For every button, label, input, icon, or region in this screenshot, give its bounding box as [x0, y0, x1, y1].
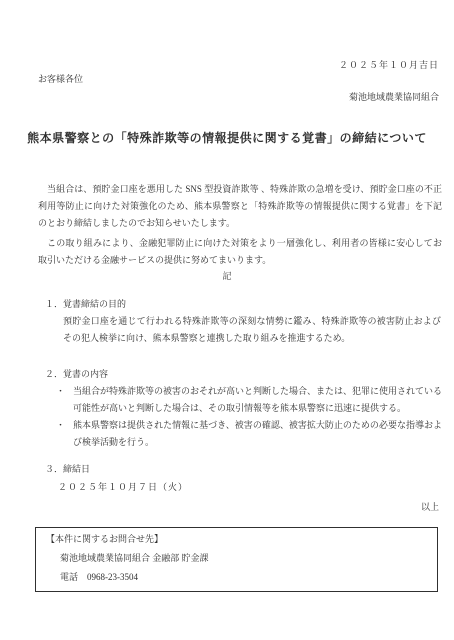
section-2-heading: ２．覚書の内容 [45, 366, 108, 383]
bullet-marker: ・ [56, 383, 73, 417]
contact-phone: 電話 0968-23-3504 [60, 569, 427, 586]
contact-organization: 菊池地域農業協同組合 金融部 貯金課 [60, 550, 427, 567]
addressee: お客様各位 [38, 71, 83, 88]
section-3-heading: ３．締結日 [45, 461, 90, 478]
section-1-body: 預貯金口座を通じて行われる特殊詐欺等の深刻な情勢に鑑み、特殊詐欺等の被害防止およ… [63, 313, 441, 347]
section-2-bullet-2: ・ 熊本県警察は提供された情報に基づき、被害の確認、被害拡大防止のための必要な指… [56, 417, 442, 451]
body-paragraph-1: 当組合は、預貯金口座を悪用した SNS 型投資詐欺等 、特殊詐欺の急増を受け、預… [38, 181, 442, 232]
contact-box: 【本件に関するお問合せ先】 菊池地域農業協同組合 金融部 貯金課 電話 0968… [35, 527, 438, 592]
document-date: ２０２５年１０月吉日 [339, 57, 439, 74]
document-page: ２０２５年１０月吉日 お客様各位 菊池地域農業協同組合 熊本県警察との「特殊詐欺… [0, 0, 454, 640]
section-3-date: ２０２５年１０月７日（火） [58, 479, 188, 496]
bullet-marker: ・ [56, 417, 73, 451]
section-1-heading: １．覚書締結の目的 [45, 296, 126, 313]
closing-marker: 以上 [421, 499, 439, 516]
document-title: 熊本県警察との「特殊詐欺等の情報提供に関する覚書」の締結について [0, 130, 454, 147]
bullet-text: 熊本県警察は提供された情報に基づき、被害の確認、被害拡大防止のための必要な指導お… [73, 417, 442, 451]
contact-box-heading: 【本件に関するお問合せ先】 [46, 531, 427, 548]
body-paragraph-2: この取り組みにより、金融犯罪防止に向けた対策をより一層強化し、利用者の皆様に安心… [38, 235, 442, 269]
organization-name: 菊池地域農業協同組合 [349, 89, 439, 106]
section-2-bullet-1: ・ 当組合が特殊詐欺等の被害のおそれが高いと判断した場合、または、犯罪に使用され… [56, 383, 442, 417]
bullet-text: 当組合が特殊詐欺等の被害のおそれが高いと判断した場合、または、犯罪に使用されてい… [73, 383, 442, 417]
record-marker: 記 [0, 268, 454, 285]
